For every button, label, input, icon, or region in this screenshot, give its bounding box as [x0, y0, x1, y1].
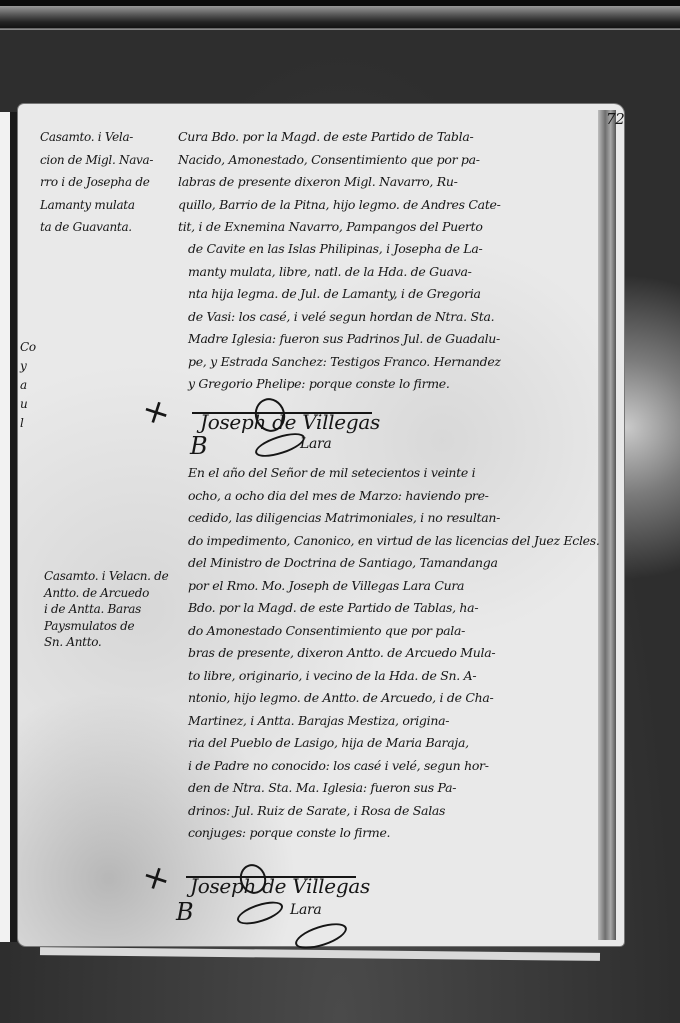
- text-line: por el Rmo. Mo. Joseph de Villegas Lara …: [188, 575, 600, 598]
- text-line: bras de presente, dixeron Antto. de Arcu…: [188, 642, 600, 665]
- margin-line: rro i de Josepha de: [40, 171, 190, 194]
- margin-line: cion de Migl. Nava-: [40, 149, 190, 172]
- facing-mark: l: [20, 414, 36, 433]
- text-line: En el año del Señor de mil setecientos i…: [188, 462, 600, 485]
- facing-mark: Co: [20, 338, 36, 357]
- entry-2-signature: Joseph de Villegas: [190, 874, 370, 898]
- text-line: nta hija legma. de Jul. de Lamanty, i de…: [188, 283, 501, 306]
- text-line: cedido, las diligencias Matrimoniales, i…: [188, 507, 600, 530]
- text-line: Bdo. por la Magd. de este Partido de Tab…: [188, 597, 600, 620]
- text-line: labras de presente dixeron Migl. Navarro…: [178, 171, 501, 194]
- text-line: ria del Pueblo de Lasigo, hija de Maria …: [188, 732, 600, 755]
- text-line: tit, i de Exnemina Navarro, Pampangos de…: [178, 216, 501, 239]
- facing-mark: y: [20, 357, 36, 376]
- margin-line: Casamto. i Vela-: [40, 126, 190, 149]
- microfilm-frame-top: [0, 0, 680, 30]
- text-line: ntonio, hijo legmo. de Antto. de Arcuedo…: [188, 687, 600, 710]
- binding-gutter: [10, 112, 17, 942]
- margin-line: i de Antta. Baras: [44, 601, 168, 618]
- entry-2-text: En el año del Señor de mil setecientos i…: [188, 462, 600, 845]
- entry-1-text-upper: Cura Bdo. por la Magd. de este Partido d…: [178, 126, 501, 239]
- margin-line: Lamanty mulata: [40, 194, 190, 217]
- margin-line: ta de Guavanta.: [40, 216, 190, 239]
- text-line: y Gregorio Phelipe: porque conste lo fir…: [188, 373, 501, 396]
- facing-mark: u: [20, 395, 36, 414]
- text-line: den de Ntra. Sta. Ma. Iglesia: fueron su…: [188, 777, 600, 800]
- text-line: del Ministro de Doctrina de Santiago, Ta…: [188, 552, 600, 575]
- facing-page-marks: Co y a u l: [20, 338, 36, 433]
- margin-line: Sn. Antto.: [44, 634, 168, 651]
- folio-number: 72: [606, 110, 625, 128]
- text-line: do Amonestado Consentimiento que por pal…: [188, 620, 600, 643]
- entry-1-margin-note: Casamto. i Vela- cion de Migl. Nava- rro…: [40, 126, 190, 239]
- text-line: Madre Iglesia: fueron sus Padrinos Jul. …: [188, 328, 501, 351]
- text-line: i de Padre no conocido: los casé i velé,…: [188, 755, 600, 778]
- text-line: Martinez, i Antta. Barajas Mestiza, orig…: [188, 710, 600, 733]
- text-line: quillo, Barrio de la Pitna, hijo legmo. …: [178, 194, 501, 217]
- text-line: manty mulata, libre, natl. de la Hda. de…: [188, 261, 501, 284]
- margin-line: Casamto. i Velacn. de: [44, 568, 168, 585]
- text-line: pe, y Estrada Sanchez: Testigos Franco. …: [188, 351, 501, 374]
- margin-line: Paysmulatos de: [44, 618, 168, 635]
- text-line: to libre, originario, i vecino de la Hda…: [188, 665, 600, 688]
- margin-line: Antto. de Arcuedo: [44, 585, 168, 602]
- entry-1-text-lower: de Cavite en las Islas Philipinas, i Jos…: [188, 238, 501, 396]
- entry-1-signature: Joseph de Villegas: [200, 410, 380, 434]
- text-line: conjuges: porque conste lo firme.: [188, 822, 600, 845]
- entry-2-margin-note: Casamto. i Velacn. de Antto. de Arcuedo …: [44, 568, 168, 651]
- entry-2-signature-initial: B: [176, 898, 193, 926]
- text-line: de Vasi: los casé, i velé segun hordan d…: [188, 306, 501, 329]
- text-line: Nacido, Amonestado, Consentimiento que p…: [178, 149, 501, 172]
- entry-2-signature-rubric: Lara: [290, 902, 321, 918]
- text-line: de Cavite en las Islas Philipinas, i Jos…: [188, 238, 501, 261]
- text-line: drinos: Jul. Ruiz de Sarate, i Rosa de S…: [188, 800, 600, 823]
- entry-1-signature-initial: B: [190, 432, 207, 460]
- text-line: ocho, a ocho dia del mes de Marzo: havie…: [188, 485, 600, 508]
- text-line: Cura Bdo. por la Magd. de este Partido d…: [178, 126, 501, 149]
- text-line: do impedimento, Canonico, en virtud de l…: [188, 530, 600, 553]
- page-right-edge: [598, 110, 616, 940]
- facing-mark: a: [20, 376, 36, 395]
- facing-page-edge: [0, 112, 10, 942]
